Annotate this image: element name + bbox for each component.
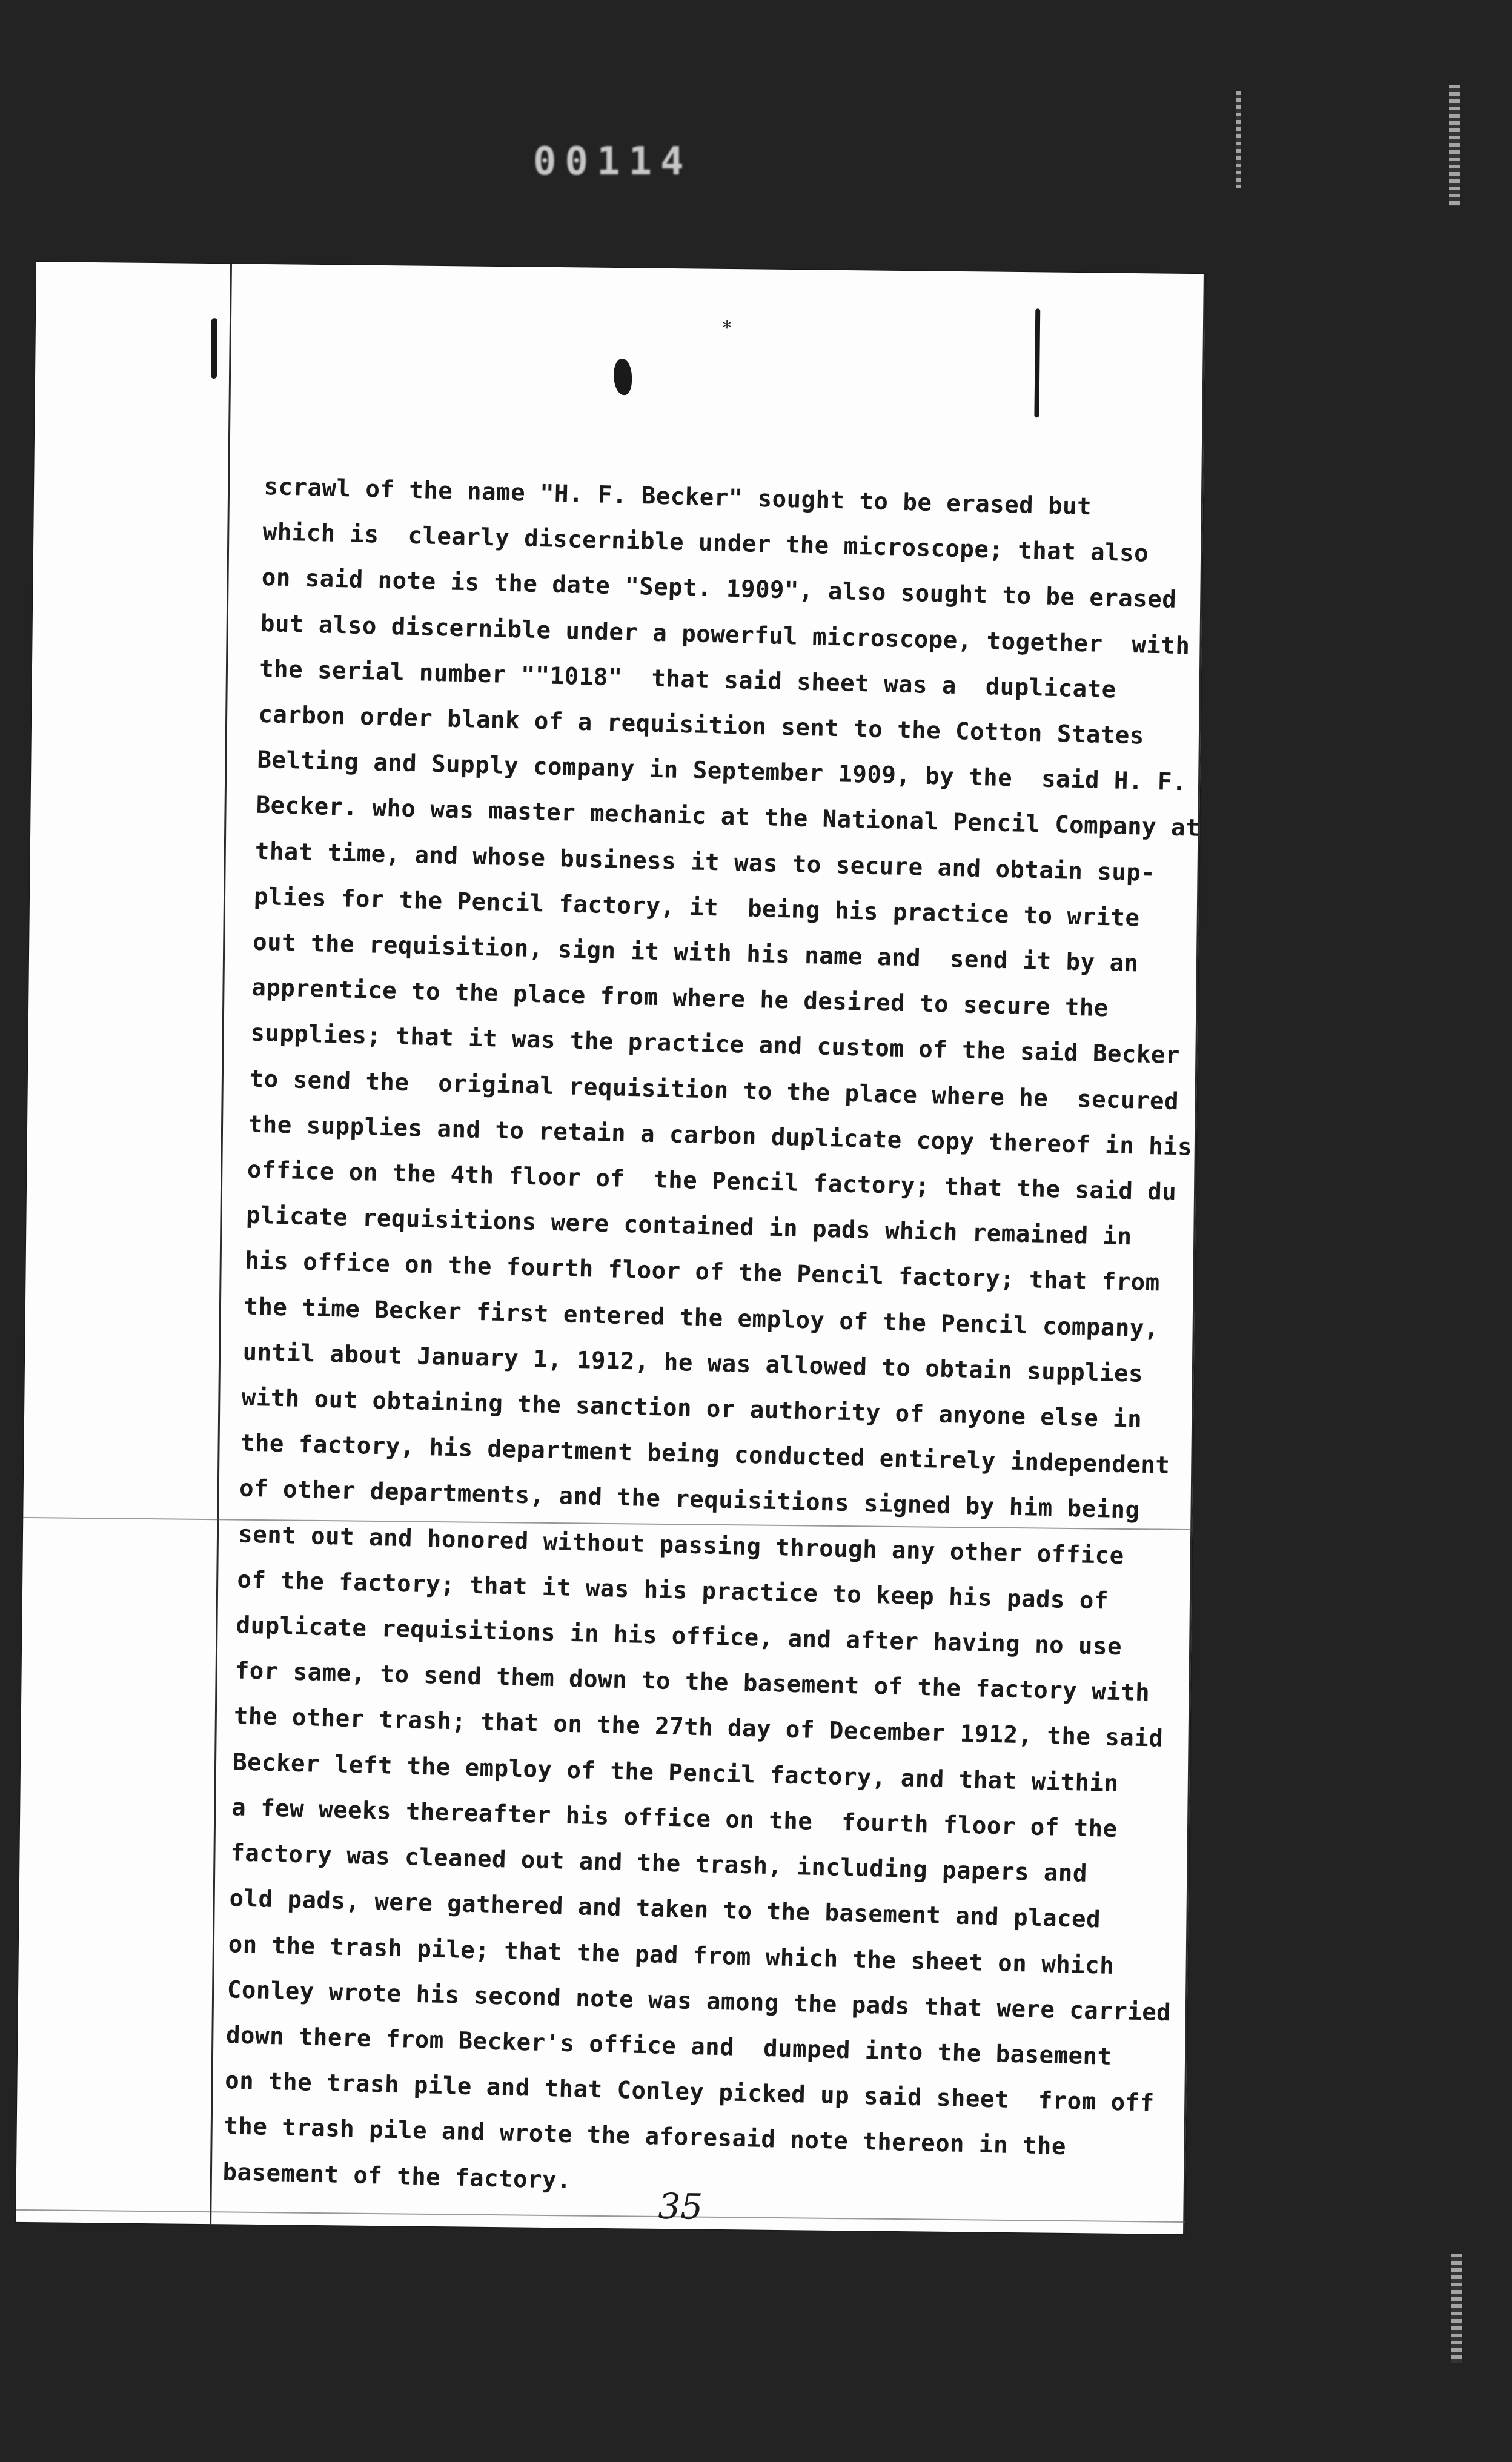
film-sprocket-strip <box>1451 2254 1462 2363</box>
asterisk-mark: * <box>721 317 732 339</box>
ink-blot <box>1034 308 1040 417</box>
ink-blot <box>211 318 217 379</box>
typed-body-text: scrawl of the name "H. F. Becker" sought… <box>222 464 1197 2217</box>
film-frame-number: 00114 <box>533 139 692 184</box>
handwritten-page-number: 35 <box>658 2186 703 2228</box>
film-sprocket-strip <box>1449 85 1460 206</box>
document-page: * scrawl of the name "H. F. Becker" soug… <box>16 262 1205 2234</box>
film-sprocket-strip <box>1236 91 1241 188</box>
ink-blot <box>614 359 632 395</box>
